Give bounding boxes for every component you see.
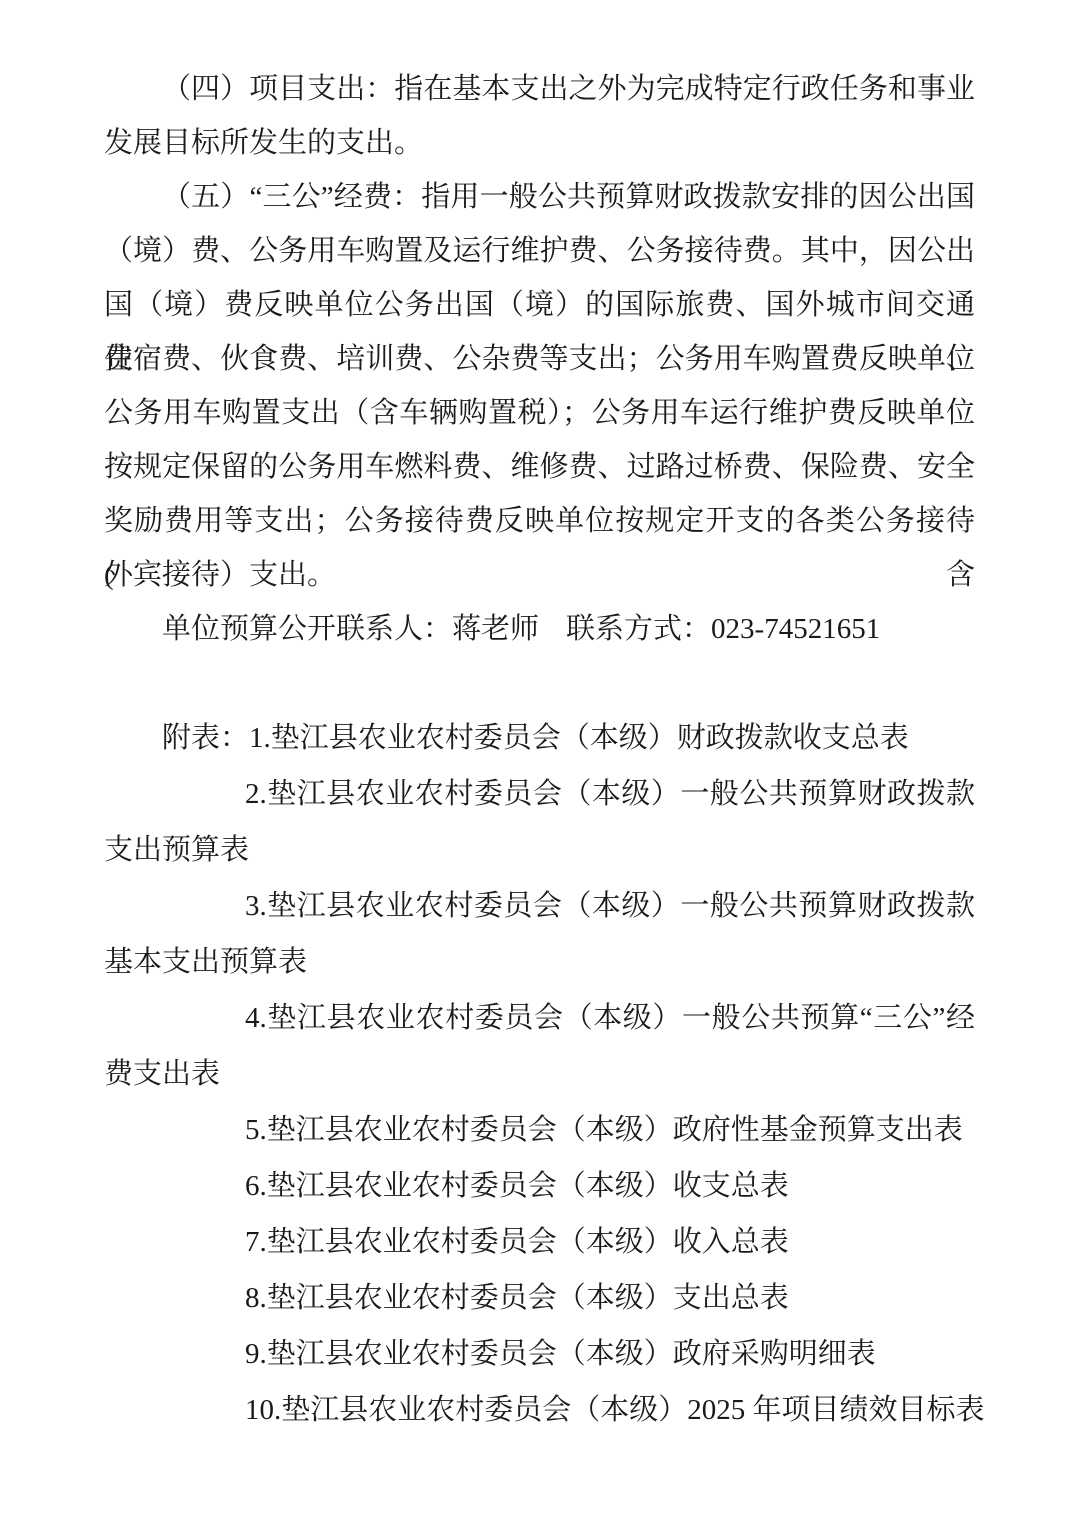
paragraph-three-public-funds: （五）“三公”经费：指用一般公共预算财政拨款安排的因公出国 （境）费、公务用车购… [104,170,975,602]
appendix-item-5: 5.垫江县农业农村委员会（本级）政府性基金预算支出表 [104,1102,975,1158]
appendix-item-1: 附表：1.垫江县农业农村委员会（本级）财政拨款收支总表 [104,710,975,766]
document-page: { "page": { "background": "#ffffff", "te… [0,0,1074,1520]
paragraph-project-expenditure: （四）项目支出：指在基本支出之外为完成特定行政任务和事业 发展目标所发生的支出。 [104,62,975,170]
paragraph-line: 住宿费、伙食费、培训费、公杂费等支出；公务用车购置费反映单位 [104,332,975,386]
appendix-item-9: 9.垫江县农业农村委员会（本级）政府采购明细表 [104,1326,975,1382]
appendix-item-2-line-1: 2.垫江县农业农村委员会（本级）一般公共预算财政拨款 [104,766,975,822]
appendix-item-3-line-2: 基本支出预算表 [104,934,975,990]
paragraph-line: 国（境）费反映单位公务出国（境）的国际旅费、国外城市间交通费、 [104,278,975,332]
paragraph-line: 公务用车购置支出（含车辆购置税）；公务用车运行维护费反映单位 [104,386,975,440]
appendix-table-list: 附表：1.垫江县农业农村委员会（本级）财政拨款收支总表 2.垫江县农业农村委员会… [104,710,975,1438]
appendix-item-4-line-1: 4.垫江县农业农村委员会（本级）一般公共预算“三公”经 [104,990,975,1046]
paragraph-line: 奖励费用等支出；公务接待费反映单位按规定开支的各类公务接待(含 [104,494,975,548]
appendix-item-3-line-1: 3.垫江县农业农村委员会（本级）一般公共预算财政拨款 [104,878,975,934]
appendix-item-6: 6.垫江县农业农村委员会（本级）收支总表 [104,1158,975,1214]
appendix-item-text: 1.垫江县农业农村委员会（本级）财政拨款收支总表 [249,722,909,754]
appendix-item-10: 10.垫江县农业农村委员会（本级）2025 年项目绩效目标表 [104,1382,975,1438]
paragraph-line: 按规定保留的公务用车燃料费、维修费、过路过桥费、保险费、安全 [104,440,975,494]
document-body: （四）项目支出：指在基本支出之外为完成特定行政任务和事业 发展目标所发生的支出。… [104,62,975,1438]
contact-person-label: 单位预算公开联系人： [162,613,452,645]
contact-method-label: 联系方式： [566,613,711,645]
contact-phone-number: 023-74521651 [711,613,880,645]
paragraph-line: （四）项目支出：指在基本支出之外为完成特定行政任务和事业 [104,62,975,116]
appendix-item-8: 8.垫江县农业农村委员会（本级）支出总表 [104,1270,975,1326]
paragraph-line: （境）费、公务用车购置及运行维护费、公务接待费。其中，因公出 [104,224,975,278]
appendix-item-2-line-2: 支出预算表 [104,822,975,878]
paragraph-line: 发展目标所发生的支出。 [104,116,975,170]
blank-line [104,656,975,710]
appendix-item-4-line-2: 费支出表 [104,1046,975,1102]
contact-person-name: 蒋老师 [452,613,539,645]
appendix-item-7: 7.垫江县农业农村委员会（本级）收入总表 [104,1214,975,1270]
appendix-label: 附表： [162,722,249,754]
contact-line: 单位预算公开联系人：蒋老师联系方式：023-74521651 [104,602,975,656]
paragraph-line: （五）“三公”经费：指用一般公共预算财政拨款安排的因公出国 [104,170,975,224]
